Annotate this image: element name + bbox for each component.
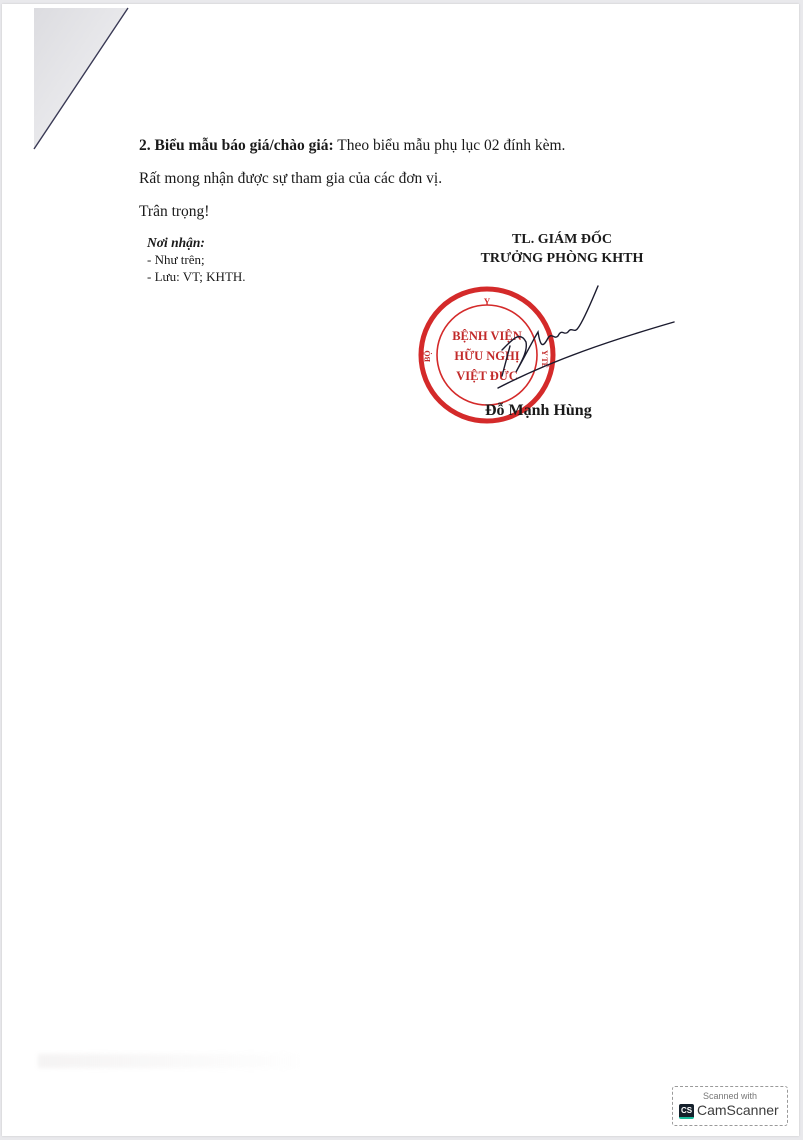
signer-name: Đỗ Mạnh Hùng [485, 402, 592, 420]
recipient-item: - Lưu: VT; KHTH. [147, 268, 246, 285]
item-2-text: Theo biểu mẫu phụ lục 02 đính kèm. [334, 137, 566, 154]
watermark-top-text: Scanned with [673, 1091, 787, 1101]
request-line: Rất mong nhận được sự tham gia của các đ… [139, 170, 442, 188]
signer-title-line2: TRƯỞNG PHÒNG KHTH [457, 249, 667, 268]
recipients-title: Nơi nhận: [147, 234, 246, 251]
seal-line3: VIỆT ĐỨC [456, 369, 517, 383]
closing-line: Trân trọng! [139, 203, 209, 221]
scan-bleed-artifact [38, 1054, 298, 1068]
signer-title-line1: TL. GIÁM ĐỐC [457, 230, 667, 249]
recipients-block: Nơi nhận: - Như trên; - Lưu: VT; KHTH. [147, 234, 246, 285]
scanned-page: 2. Biểu mẫu báo giá/chào giá: Theo biểu … [2, 4, 799, 1136]
camscanner-logo-icon: CS [679, 1104, 694, 1119]
camscanner-watermark: Scanned with CS CamScanner [672, 1086, 788, 1126]
seal-line2: HỮU NGHỊ [454, 349, 519, 363]
folded-corner-shadow [2, 4, 137, 154]
seal-top-mark: Y [484, 297, 491, 307]
watermark-brand: CamScanner [697, 1102, 779, 1118]
item-2-line: 2. Biểu mẫu báo giá/chào giá: Theo biểu … [139, 137, 565, 155]
recipient-item: - Như trên; [147, 251, 246, 268]
seal-left-text: BỘ [423, 350, 432, 362]
item-2-label: 2. Biểu mẫu báo giá/chào giá: [139, 137, 334, 154]
signer-title: TL. GIÁM ĐỐC TRƯỞNG PHÒNG KHTH [457, 230, 667, 268]
